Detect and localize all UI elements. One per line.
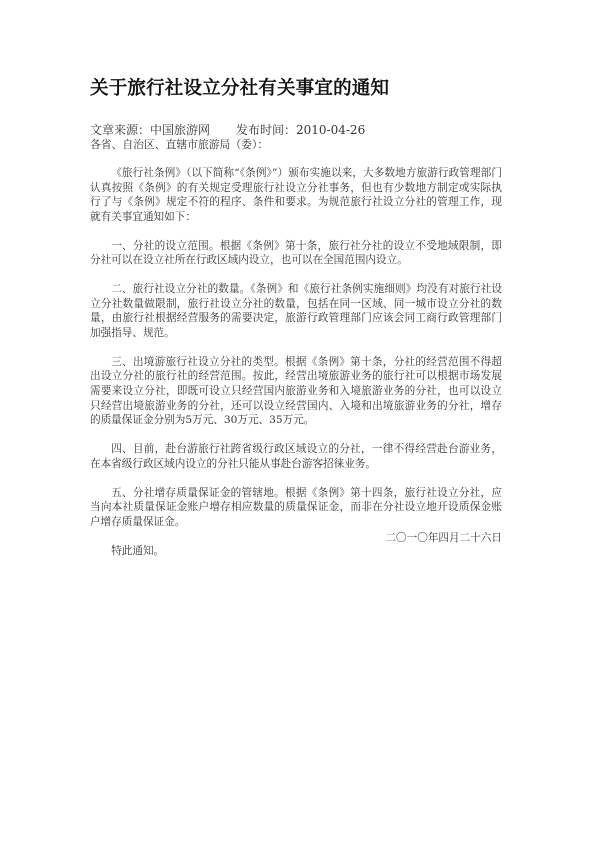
item-paragraph-1: 一、分社的设立范围。根据《条例》第十条，旅行社分社的设立不受地域限制，即分社可以… [90, 239, 502, 268]
closing-paragraph: 特此通知。 [90, 544, 502, 559]
article-meta: 文章来源：中国旅游网发布时间：2010-04-26 [90, 121, 365, 138]
document-body: 《旅行社条例》（以下简称“《条例》”）颁布实施以来，大多数地方旅游行政管理部门认… [90, 166, 502, 573]
addressee: 各省、自治区、直辖市旅游局（委）： [90, 137, 268, 152]
document-title: 关于旅行社设立分社有关事宜的通知 [90, 74, 389, 100]
intro-paragraph: 《旅行社条例》（以下简称“《条例》”）颁布实施以来，大多数地方旅游行政管理部门认… [90, 166, 502, 224]
publish-date: 发布时间：2010-04-26 [236, 123, 365, 137]
item-paragraph-5: 五、分社增存质量保证金的管辖地。根据《条例》第十四条，旅行社设立分社，应当向本社… [90, 486, 502, 530]
item-paragraph-3: 三、出境游旅行社设立分社的类型。根据《条例》第十条，分社的经营范围不得超出设立分… [90, 355, 502, 428]
signature-date: 二〇一〇年四月二十六日 [385, 530, 502, 545]
item-paragraph-2: 二、旅行社设立分社的数量。《条例》和《旅行社条例实施细则》均没有对旅行社设立分社… [90, 282, 502, 340]
item-paragraph-4: 四、目前，赴台游旅行社跨省级行政区域设立的分社，一律不得经营赴台游业务，在本省级… [90, 442, 502, 471]
article-source: 文章来源：中国旅游网 [90, 123, 210, 137]
